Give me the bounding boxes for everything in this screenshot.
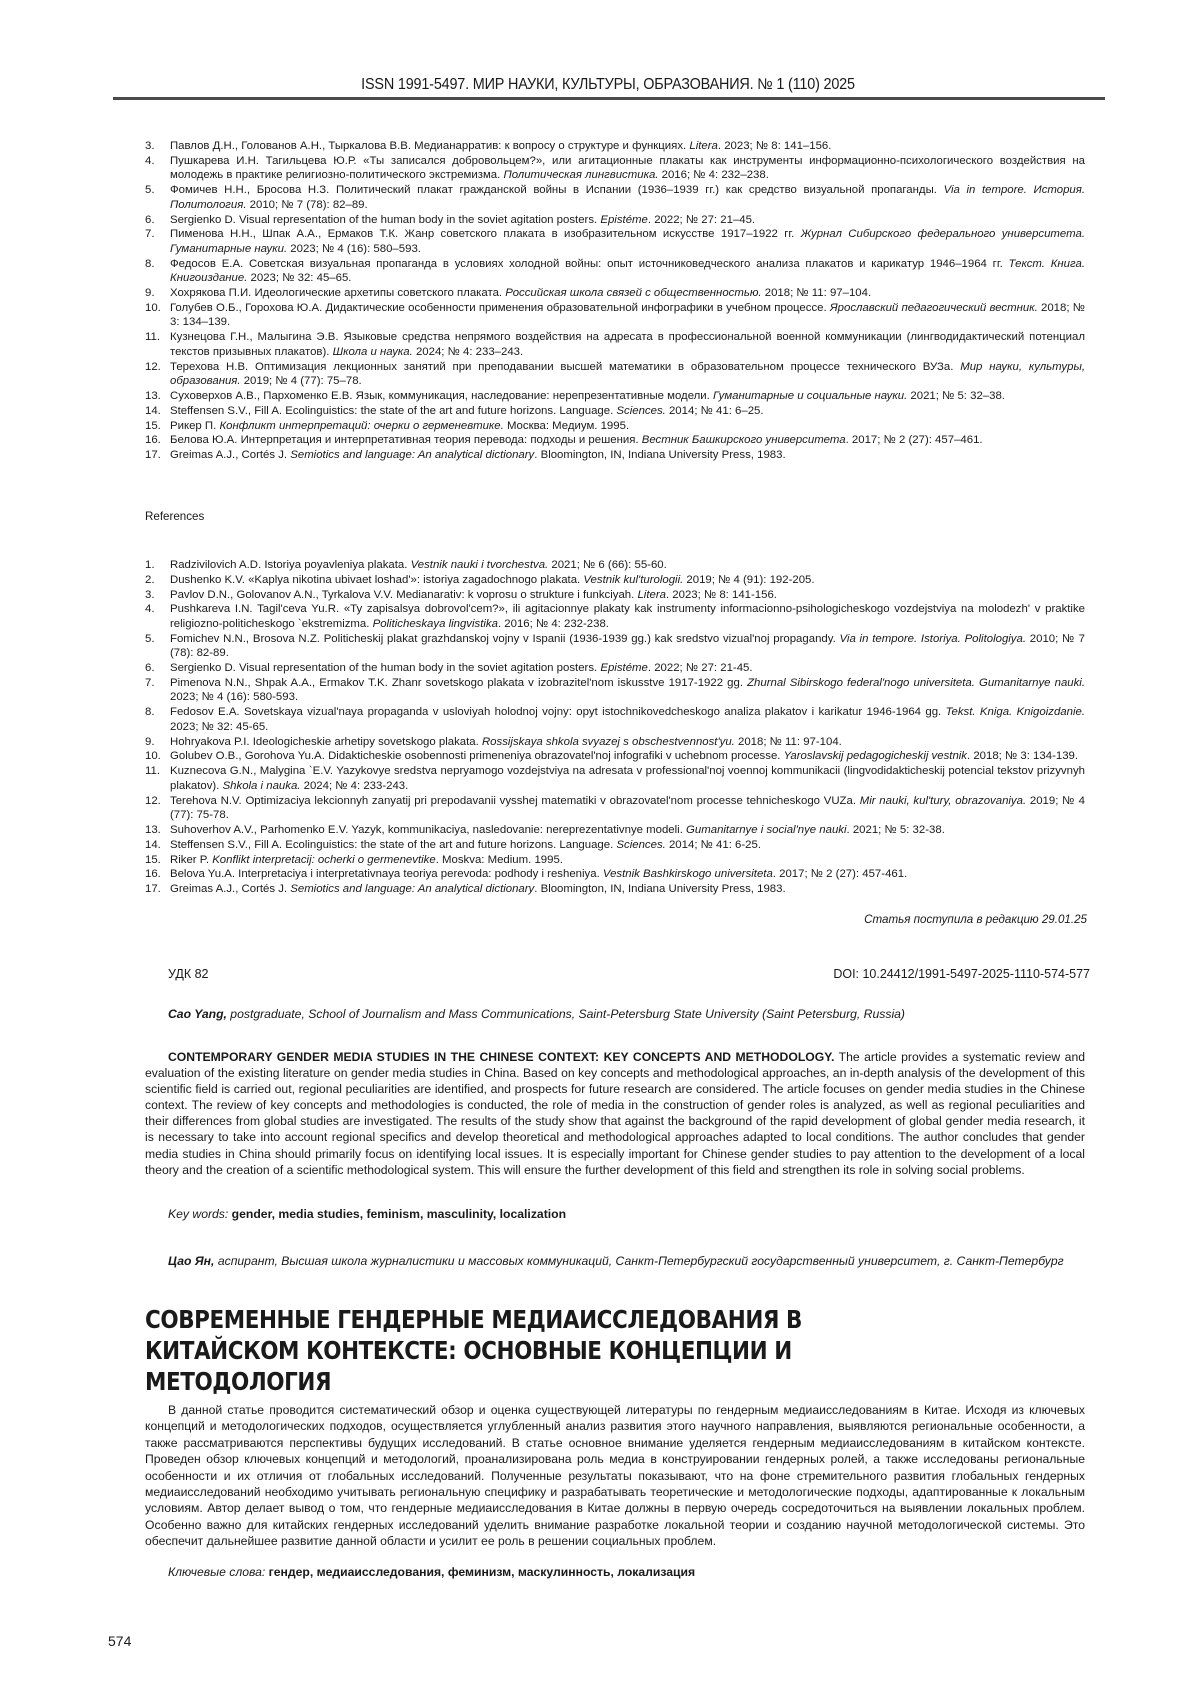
reference-item: 6.Sergienko D. Visual representation of … [145, 213, 1085, 228]
reference-source: Semiotics and language: An analytical di… [290, 883, 534, 895]
reference-source: Gumanitarnye i social'nye nauki [686, 824, 846, 836]
reference-text: Пименова Н.Н., Шпак А.А., Ермаков Т.К. Ж… [170, 227, 1085, 256]
reference-text: Кузнецова Г.Н., Малыгина Э.В. Языковые с… [170, 330, 1085, 359]
reference-authors-title: Steffensen S.V., Fill A. Ecolinguistics:… [170, 405, 616, 417]
reference-source: Yaroslavskij pedagogicheskij vestnik [784, 750, 967, 762]
reference-source: Shkola i nauka. [223, 780, 301, 792]
reference-text: Golubev O.B., Gorohova Yu.A. Didaktiches… [170, 749, 1085, 764]
reference-details: 2023; № 32: 45–65. [247, 272, 351, 284]
reference-source: Sciences. [616, 839, 665, 851]
reference-item: 10.Голубев О.Б., Горохова Ю.А. Дидактиче… [145, 301, 1085, 330]
reference-authors-title: Pushkareva I.N. Tagil'ceva Yu.R. «Ty zap… [170, 603, 1085, 630]
reference-text: Pushkareva I.N. Tagil'ceva Yu.R. «Ty zap… [170, 602, 1085, 631]
reference-number: 10. [145, 301, 170, 330]
reference-source: Vestnik Bashkirskogo universiteta [603, 868, 773, 880]
reference-number: 10. [145, 749, 170, 764]
reference-item: 9.Hohryakova P.I. Ideologicheskie arheti… [145, 735, 1085, 750]
reference-item: 7.Pimenova N.N., Shpak A.A., Ermakov T.K… [145, 676, 1085, 705]
reference-authors-title: Пименова Н.Н., Шпак А.А., Ермаков Т.К. Ж… [170, 228, 801, 240]
reference-source: Zhurnal Sibirskogo federal'nogo universi… [747, 677, 1085, 689]
reference-authors-title: Dushenko K.V. «Kaplya nikotina ubivaet l… [170, 574, 583, 586]
reference-text: Голубев О.Б., Горохова Ю.А. Дидактически… [170, 301, 1085, 330]
header-divider [113, 97, 1105, 100]
reference-item: 16.Белова Ю.А. Интерпретация и интерпрет… [145, 433, 1085, 448]
reference-number: 13. [145, 389, 170, 404]
reference-item: 1.Radzivilovich A.D. Istoriya poyavleniy… [145, 558, 1085, 573]
reference-details: . 2023; № 8: 141–156. [718, 140, 832, 152]
keywords-values-russian: гендер, медиаисследования, феминизм, мас… [265, 1565, 695, 1579]
reference-text: Павлов Д.Н., Голованов А.Н., Тыркалова В… [170, 139, 1085, 154]
author-affiliation-english: postgraduate, School of Journalism and M… [227, 1007, 905, 1021]
reference-details: . 2022; № 27: 21-45. [648, 662, 753, 674]
reference-source: Sciences. [616, 405, 665, 417]
reference-authors-title: Belova Yu.A. Interpretaciya i interpreta… [170, 868, 603, 880]
reference-text: Greimas A.J., Cortés J. Semiotics and la… [170, 448, 1085, 463]
reference-list-russian: 3.Павлов Д.Н., Голованов А.Н., Тыркалова… [145, 139, 1085, 463]
article-title-english: CONTEMPORARY GENDER MEDIA STUDIES IN THE… [168, 1050, 834, 1064]
reference-text: Hohryakova P.I. Ideologicheskie arhetipy… [170, 735, 1085, 750]
reference-details: 2024; № 4: 233-243. [300, 780, 408, 792]
reference-text: Sergienko D. Visual representation of th… [170, 213, 1085, 228]
reference-details: 2014; № 41: 6–25. [666, 405, 764, 417]
reference-authors-title: Fedosov E.A. Sovetskaya vizual'naya prop… [170, 706, 946, 718]
reference-authors-title: Radzivilovich A.D. Istoriya poyavleniya … [170, 559, 411, 571]
reference-authors-title: Pimenova N.N., Shpak A.A., Ermakov T.K. … [170, 677, 747, 689]
reference-text: Федосов Е.А. Советская визуальная пропаг… [170, 257, 1085, 286]
keywords-label-russian: Ключевые слова: [168, 1565, 265, 1579]
reference-number: 7. [145, 676, 170, 705]
reference-details: 2024; № 4: 233–243. [413, 346, 523, 358]
reference-item: 2.Dushenko K.V. «Kaplya nikotina ubivaet… [145, 573, 1085, 588]
reference-text: Suhoverhov A.V., Parhomenko E.V. Yazyk, … [170, 823, 1085, 838]
reference-text: Белова Ю.А. Интерпретация и интерпретати… [170, 433, 1085, 448]
reference-text: Хохрякова П.И. Идеологические архетипы с… [170, 286, 1085, 301]
reference-details: 2023; № 4 (16): 580–593. [287, 243, 421, 255]
reference-details: 2021; № 5: 32–38. [907, 390, 1005, 402]
reference-number: 8. [145, 705, 170, 734]
reference-source: Epistéme [600, 662, 647, 674]
keywords-english: Key words: gender, media studies, femini… [168, 1207, 566, 1221]
reference-source: Конфликт интерпретаций: очерки о гермене… [219, 420, 503, 432]
reference-item: 4.Пушкарева И.Н. Тагильцева Ю.Р. «Ты зап… [145, 154, 1085, 183]
reference-text: Terehova N.V. Optimizaciya lekcionnyh za… [170, 794, 1085, 823]
reference-item: 17.Greimas A.J., Cortés J. Semiotics and… [145, 882, 1085, 897]
reference-number: 6. [145, 213, 170, 228]
reference-text: Steffensen S.V., Fill A. Ecolinguistics:… [170, 404, 1085, 419]
reference-details: . 2022; № 27: 21–45. [648, 214, 755, 226]
references-heading: References [145, 510, 204, 523]
reference-details: Москва: Медиум. 1995. [504, 420, 629, 432]
abstract-english: CONTEMPORARY GENDER MEDIA STUDIES IN THE… [145, 1049, 1085, 1178]
reference-details: 2021; № 6 (66): 55-60. [548, 559, 667, 571]
reference-number: 14. [145, 838, 170, 853]
reference-source: Epistéme [600, 214, 647, 226]
reference-source: Semiotics and language: An analytical di… [290, 449, 534, 461]
author-info-english: Cao Yang, postgraduate, School of Journa… [168, 1007, 1098, 1021]
reference-item: 16.Belova Yu.A. Interpretaciya i interpr… [145, 867, 1085, 882]
reference-number: 5. [145, 632, 170, 661]
reference-item: 14.Steffensen S.V., Fill A. Ecolinguisti… [145, 838, 1085, 853]
reference-item: 6.Sergienko D. Visual representation of … [145, 661, 1085, 676]
reference-text: Belova Yu.A. Interpretaciya i interpreta… [170, 867, 1085, 882]
reference-item: 15.Рикер П. Конфликт интерпретаций: очер… [145, 419, 1085, 434]
reference-item: 12.Terehova N.V. Optimizaciya lekcionnyh… [145, 794, 1085, 823]
keywords-label-english: Key words: [168, 1207, 228, 1221]
reference-number: 4. [145, 602, 170, 631]
reference-authors-title: Fomichev N.N., Brosova N.Z. Politicheski… [170, 633, 840, 645]
keywords-values-english: gender, media studies, feminism, masculi… [228, 1207, 566, 1221]
reference-details: . 2016; № 4: 232-238. [498, 618, 609, 630]
reference-authors-title: Sergienko D. Visual representation of th… [170, 214, 600, 226]
author-name-english: Cao Yang, [168, 1007, 227, 1021]
reference-number: 11. [145, 764, 170, 793]
reference-source: Litera [637, 589, 666, 601]
reference-text: Greimas A.J., Cortés J. Semiotics and la… [170, 882, 1085, 897]
reference-source: Konflikt interpretacij: ocherki o germen… [212, 854, 436, 866]
reference-text: Fedosov E.A. Sovetskaya vizual'naya prop… [170, 705, 1085, 734]
author-info-russian: Цао Ян, аспирант, Высшая школа журналист… [168, 1252, 1088, 1271]
reference-list-transliterated: 1.Radzivilovich A.D. Istoriya poyavleniy… [145, 558, 1085, 897]
reference-item: 5.Fomichev N.N., Brosova N.Z. Politiches… [145, 632, 1085, 661]
reference-authors-title: Павлов Д.Н., Голованов А.Н., Тыркалова В… [170, 140, 689, 152]
reference-item: 4.Pushkareva I.N. Tagil'ceva Yu.R. «Ty z… [145, 602, 1085, 631]
reference-authors-title: Greimas A.J., Cortés J. [170, 449, 290, 461]
reference-authors-title: Sergienko D. Visual representation of th… [170, 662, 600, 674]
reference-number: 7. [145, 227, 170, 256]
reference-authors-title: Фомичев Н.Н., Бросова Н.З. Политический … [170, 184, 944, 196]
article-title-russian: СОВРЕМЕННЫЕ ГЕНДЕРНЫЕ МЕДИАИССЛЕДОВАНИЯ … [145, 1304, 962, 1397]
reference-item: 13.Суховерхов А.В., Пархоменко Е.В. Язык… [145, 389, 1085, 404]
reference-number: 9. [145, 286, 170, 301]
reference-authors-title: Hohryakova P.I. Ideologicheskie arhetipy… [170, 736, 482, 748]
doi-link[interactable]: DOI: 10.24412/1991-5497-2025-1110-574-57… [833, 967, 1090, 981]
abstract-russian-text: В данной статье проводится систематическ… [145, 1403, 1085, 1548]
reference-number: 5. [145, 183, 170, 212]
reference-details: . 2023; № 8: 141-156. [666, 589, 777, 601]
reference-authors-title: Терехова Н.В. Оптимизация лекционных зан… [170, 361, 960, 373]
reference-text: Pavlov D.N., Golovanov A.N., Tyrkalova V… [170, 588, 1085, 603]
reference-source: Politicheskaya lingvistika [373, 618, 498, 630]
reference-number: 16. [145, 433, 170, 448]
reference-number: 15. [145, 419, 170, 434]
reference-authors-title: Голубев О.Б., Горохова Ю.А. Дидактически… [170, 302, 830, 314]
reference-text: Radzivilovich A.D. Istoriya poyavleniya … [170, 558, 1085, 573]
reference-number: 4. [145, 154, 170, 183]
reference-source: Политическая лингвистика. [503, 169, 658, 181]
reference-item: 8.Федосов Е.А. Советская визуальная проп… [145, 257, 1085, 286]
reference-details: . 2021; № 5: 32-38. [847, 824, 945, 836]
reference-source: Вестник Башкирского университета [642, 434, 846, 446]
reference-number: 12. [145, 360, 170, 389]
reference-details: . 2017; № 2 (27): 457–461. [846, 434, 983, 446]
reference-number: 14. [145, 404, 170, 419]
reference-item: 3.Павлов Д.Н., Голованов А.Н., Тыркалова… [145, 139, 1085, 154]
reference-number: 12. [145, 794, 170, 823]
reference-authors-title: Pavlov D.N., Golovanov A.N., Tyrkalova V… [170, 589, 637, 601]
keywords-russian: Ключевые слова: гендер, медиаисследовани… [168, 1565, 695, 1579]
reference-item: 13.Suhoverhov A.V., Parhomenko E.V. Yazy… [145, 823, 1085, 838]
reference-details: 2018; № 11: 97–104. [762, 287, 872, 299]
reference-item: 12.Терехова Н.В. Оптимизация лекционных … [145, 360, 1085, 389]
abstract-english-text: The article provides a systematic review… [145, 1050, 1085, 1177]
author-name-russian: Цао Ян, [168, 1254, 214, 1268]
reference-text: Терехова Н.В. Оптимизация лекционных зан… [170, 360, 1085, 389]
reference-item: 3.Pavlov D.N., Golovanov A.N., Tyrkalova… [145, 588, 1085, 603]
reference-number: 1. [145, 558, 170, 573]
reference-item: 9.Хохрякова П.И. Идеологические архетипы… [145, 286, 1085, 301]
reference-text: Рикер П. Конфликт интерпретаций: очерки … [170, 419, 1085, 434]
reference-authors-title: Suhoverhov A.V., Parhomenko E.V. Yazyk, … [170, 824, 686, 836]
reference-source: Школа и наука. [333, 346, 413, 358]
reference-details: . Bloomington, IN, Indiana University Pr… [534, 883, 785, 895]
reference-source: Vestnik nauki i tvorchestva. [411, 559, 549, 571]
abstract-russian: В данной статье проводится систематическ… [145, 1402, 1085, 1550]
reference-text: Суховерхов А.В., Пархоменко Е.В. Язык, к… [170, 389, 1085, 404]
reference-source: Гуманитарные и социальные науки. [713, 390, 907, 402]
reference-item: 11.Кузнецова Г.Н., Малыгина Э.В. Языковы… [145, 330, 1085, 359]
reference-number: 3. [145, 588, 170, 603]
reference-source: Ярославский педагогический вестник. [830, 302, 1038, 314]
reference-authors-title: Рикер П. [170, 420, 219, 432]
reference-details: 2019; № 4 (91): 192-205. [683, 574, 814, 586]
reference-authors-title: Golubev O.B., Gorohova Yu.A. Didaktiches… [170, 750, 784, 762]
reference-details: 2010; № 7 (78): 82–89. [247, 199, 368, 211]
reference-item: 17.Greimas A.J., Cortés J. Semiotics and… [145, 448, 1085, 463]
reference-item: 7.Пименова Н.Н., Шпак А.А., Ермаков Т.К.… [145, 227, 1085, 256]
reference-text: Sergienko D. Visual representation of th… [170, 661, 1085, 676]
reference-text: Steffensen S.V., Fill A. Ecolinguistics:… [170, 838, 1085, 853]
journal-page: ISSN 1991-5497. МИР НАУКИ, КУЛЬТУРЫ, ОБР… [0, 0, 1200, 1697]
reference-item: 5.Фомичев Н.Н., Бросова Н.З. Политически… [145, 183, 1085, 212]
received-date-note: Статья поступила в редакцию 29.01.25 [864, 913, 1087, 926]
reference-text: Kuznecova G.N., Malygina `E.V. Yazykovye… [170, 764, 1085, 793]
reference-authors-title: Riker P. [170, 854, 212, 866]
reference-source: Vestnik kul'turologii. [583, 574, 683, 586]
reference-details: . Bloomington, IN, Indiana University Pr… [534, 449, 785, 461]
reference-source: Rossijskaya shkola svyazej s obschestven… [482, 736, 735, 748]
reference-details: . 2017; № 2 (27): 457-461. [773, 868, 907, 880]
reference-source: Mir nauki, kul'tury, obrazovaniya. [860, 795, 1026, 807]
reference-details: 2016; № 4: 232–238. [658, 169, 768, 181]
reference-item: 14.Steffensen S.V., Fill A. Ecolinguisti… [145, 404, 1085, 419]
reference-number: 17. [145, 448, 170, 463]
reference-details: . 2018; № 3: 134-139. [967, 750, 1078, 762]
reference-authors-title: Хохрякова П.И. Идеологические архетипы с… [170, 287, 505, 299]
reference-item: 11.Kuznecova G.N., Malygina `E.V. Yazyko… [145, 764, 1085, 793]
reference-details: 2019; № 4 (77): 75–78. [241, 375, 362, 387]
reference-source: Российская школа связей с общественность… [505, 287, 761, 299]
reference-text: Riker P. Konflikt interpretacij: ocherki… [170, 853, 1085, 868]
reference-number: 11. [145, 330, 170, 359]
reference-text: Dushenko K.V. «Kaplya nikotina ubivaet l… [170, 573, 1085, 588]
reference-source: Via in tempore. Istoriya. Politologiya. [840, 633, 1026, 645]
reference-source: Litera [689, 140, 718, 152]
reference-number: 17. [145, 882, 170, 897]
reference-number: 6. [145, 661, 170, 676]
reference-details: 2018; № 11: 97-104. [735, 736, 842, 748]
page-number: 574 [108, 1633, 131, 1649]
reference-number: 15. [145, 853, 170, 868]
reference-number: 3. [145, 139, 170, 154]
reference-item: 15.Riker P. Konflikt interpretacij: oche… [145, 853, 1085, 868]
reference-authors-title: Суховерхов А.В., Пархоменко Е.В. Язык, к… [170, 390, 713, 402]
reference-details: 2023; № 32: 45-65. [170, 721, 268, 733]
reference-authors-title: Белова Ю.А. Интерпретация и интерпретати… [170, 434, 642, 446]
reference-item: 10.Golubev O.B., Gorohova Yu.A. Didaktic… [145, 749, 1085, 764]
reference-authors-title: Кузнецова Г.Н., Малыгина Э.В. Языковые с… [170, 331, 1085, 358]
reference-authors-title: Greimas A.J., Cortés J. [170, 883, 290, 895]
reference-details: 2023; № 4 (16): 580-593. [170, 691, 298, 703]
reference-source: Tekst. Kniga. Knigoizdanie. [946, 706, 1085, 718]
reference-text: Fomichev N.N., Brosova N.Z. Politicheski… [170, 632, 1085, 661]
running-head: ISSN 1991-5497. МИР НАУКИ, КУЛЬТУРЫ, ОБР… [148, 76, 1069, 94]
reference-number: 2. [145, 573, 170, 588]
reference-authors-title: Terehova N.V. Optimizaciya lekcionnyh za… [170, 795, 860, 807]
reference-details: 2014; № 41: 6-25. [666, 839, 761, 851]
reference-item: 8.Fedosov E.A. Sovetskaya vizual'naya pr… [145, 705, 1085, 734]
author-affiliation-russian: аспирант, Высшая школа журналистики и ма… [214, 1254, 1063, 1268]
reference-text: Пушкарева И.Н. Тагильцева Ю.Р. «Ты запис… [170, 154, 1085, 183]
reference-number: 13. [145, 823, 170, 838]
reference-number: 16. [145, 867, 170, 882]
reference-text: Pimenova N.N., Shpak A.A., Ermakov T.K. … [170, 676, 1085, 705]
reference-authors-title: Steffensen S.V., Fill A. Ecolinguistics:… [170, 839, 616, 851]
reference-number: 8. [145, 257, 170, 286]
reference-number: 9. [145, 735, 170, 750]
udk-code: УДК 82 [168, 967, 209, 981]
reference-authors-title: Федосов Е.А. Советская визуальная пропаг… [170, 258, 1009, 270]
reference-details: . Moskva: Medium. 1995. [436, 854, 563, 866]
reference-text: Фомичев Н.Н., Бросова Н.З. Политический … [170, 183, 1085, 212]
